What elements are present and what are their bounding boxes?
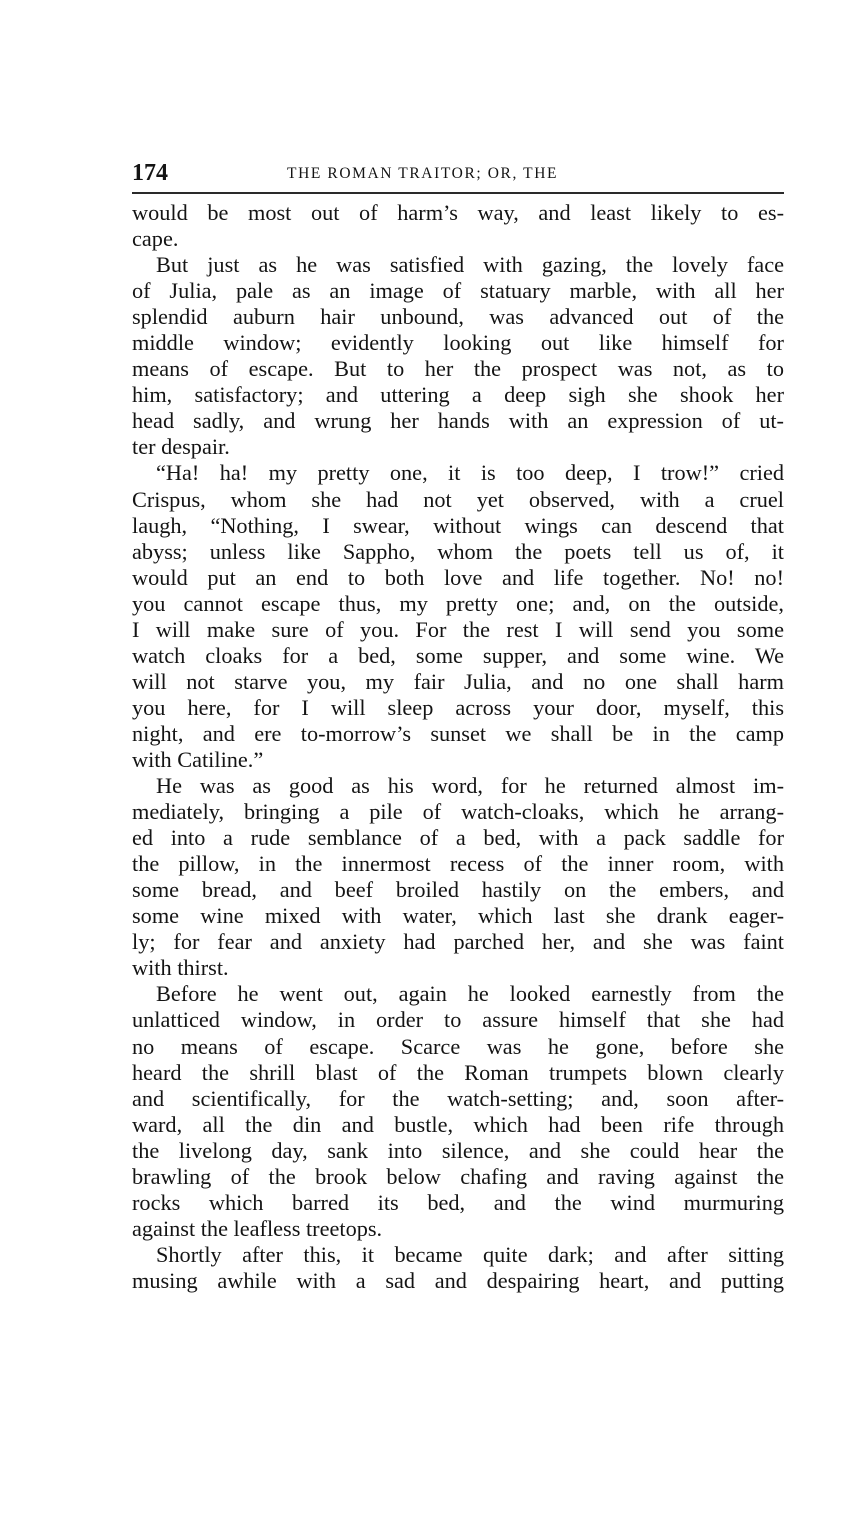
- text-line: of Julia, pale as an image of statuary m…: [132, 278, 784, 304]
- text-line: Shortly after this, it became quite dark…: [132, 1242, 784, 1268]
- text-line: you here, for I will sleep across your d…: [132, 695, 784, 721]
- text-line: would put an end to both love and life t…: [132, 565, 784, 591]
- book-page: 174 THE ROMAN TRAITOR; OR, THE would be …: [132, 160, 784, 1294]
- text-line: But just as he was satisfied with gazing…: [132, 252, 784, 278]
- paragraph: Before he went out, again he looked earn…: [132, 981, 784, 1241]
- text-line: heard the shrill blast of the Roman trum…: [132, 1060, 784, 1086]
- text-line: will not starve you, my fair Julia, and …: [132, 669, 784, 695]
- text-line: with thirst.: [132, 955, 784, 981]
- text-line: I will make sure of you. For the rest I …: [132, 617, 784, 643]
- text-line: some bread, and beef broiled hastily on …: [132, 877, 784, 903]
- text-line: unlatticed window, in order to assure hi…: [132, 1007, 784, 1033]
- text-line: him, satisfactory; and uttering a deep s…: [132, 382, 784, 408]
- text-line: ed into a rude semblance of a bed, with …: [132, 825, 784, 851]
- text-line: ter despair.: [132, 434, 784, 460]
- text-line: ly; for fear and anxiety had parched her…: [132, 929, 784, 955]
- text-line: mediately, bringing a pile of watch-cloa…: [132, 799, 784, 825]
- page-number: 174: [132, 160, 168, 187]
- text-line: means of escape. But to her the prospect…: [132, 356, 784, 382]
- text-line: watch cloaks for a bed, some supper, and…: [132, 643, 784, 669]
- paragraph: “Ha! ha! my pretty one, it is too deep, …: [132, 460, 784, 773]
- text-line: splendid auburn hair unbound, was advanc…: [132, 304, 784, 330]
- text-line: with Catiline.”: [132, 747, 784, 773]
- paragraph: He was as good as his word, for he retur…: [132, 773, 784, 981]
- paragraph: Shortly after this, it became quite dark…: [132, 1242, 784, 1294]
- text-line: the pillow, in the innermost recess of t…: [132, 851, 784, 877]
- text-line: against the leafless treetops.: [132, 1216, 784, 1242]
- text-line: “Ha! ha! my pretty one, it is too deep, …: [132, 460, 784, 486]
- text-line: no means of escape. Scarce was he gone, …: [132, 1034, 784, 1060]
- text-line: night, and ere to-morrow’s sunset we sha…: [132, 721, 784, 747]
- paragraph: But just as he was satisfied with gazing…: [132, 252, 784, 460]
- text-line: you cannot escape thus, my pretty one; a…: [132, 591, 784, 617]
- text-line: Before he went out, again he looked earn…: [132, 981, 784, 1007]
- text-line: Crispus, whom she had not yet observed, …: [132, 487, 784, 513]
- text-line: the livelong day, sank into silence, and…: [132, 1138, 784, 1164]
- text-line: laugh, “Nothing, I swear, without wings …: [132, 513, 784, 539]
- running-head: 174 THE ROMAN TRAITOR; OR, THE: [132, 160, 784, 194]
- text-line: head sadly, and wrung her hands with an …: [132, 408, 784, 434]
- text-line: cape.: [132, 226, 784, 252]
- text-line: would be most out of harm’s way, and lea…: [132, 200, 784, 226]
- text-line: middle window; evidently looking out lik…: [132, 330, 784, 356]
- text-line: rocks which barred its bed, and the wind…: [132, 1190, 784, 1216]
- text-line: musing awhile with a sad and despairing …: [132, 1268, 784, 1294]
- text-line: abyss; unless like Sappho, whom the poet…: [132, 539, 784, 565]
- text-line: He was as good as his word, for he retur…: [132, 773, 784, 799]
- text-line: some wine mixed with water, which last s…: [132, 903, 784, 929]
- text-line: brawling of the brook below chafing and …: [132, 1164, 784, 1190]
- body-text: would be most out of harm’s way, and lea…: [132, 200, 784, 1294]
- text-line: ward, all the din and bustle, which had …: [132, 1112, 784, 1138]
- paragraph: would be most out of harm’s way, and lea…: [132, 200, 784, 252]
- running-title: THE ROMAN TRAITOR; OR, THE: [287, 165, 558, 183]
- text-line: and scientifically, for the watch-settin…: [132, 1086, 784, 1112]
